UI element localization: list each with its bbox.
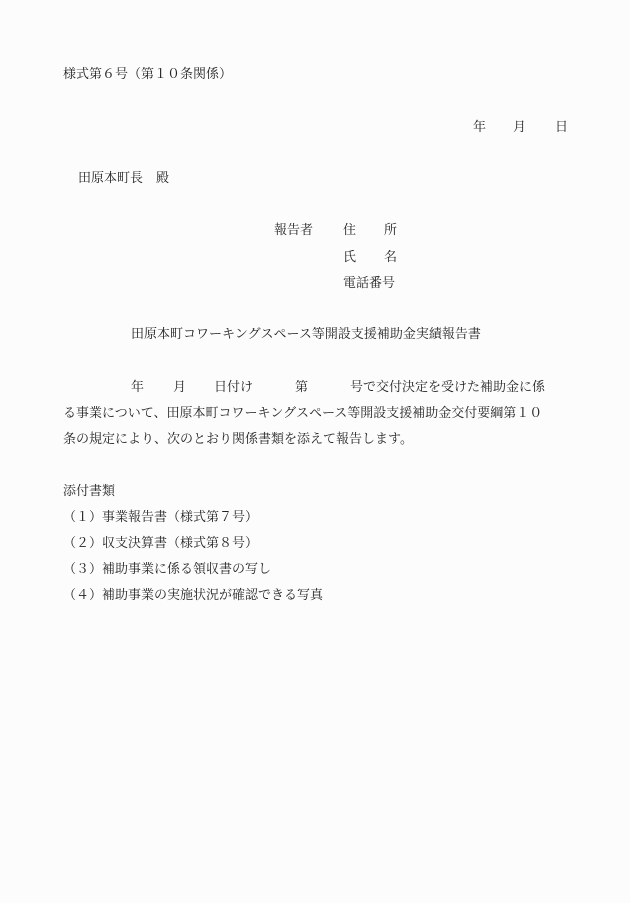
attachment-item: （１）事業報告書（様式第７号） (63, 510, 258, 526)
document-title: 田原本町コワーキングスペース等開設支援補助金実績報告書 (131, 327, 481, 343)
name-label-2: 名 (384, 250, 397, 266)
body-line2: る事業について、田原本町コワーキングスペース等開設支援補助金交付要綱第１０ (63, 406, 542, 422)
attachments-heading: 添付書類 (63, 484, 115, 500)
name-label-1: 氏 (343, 250, 356, 266)
body-line3: 条の規定により、次のとおり関係書類を添えて報告します。 (63, 432, 413, 448)
address-label-1: 住 (343, 223, 356, 239)
body-year: 年 (131, 380, 144, 396)
reporter-label: 報告者 (274, 223, 313, 239)
body-line1-rest: 号で交付決定を受けた補助金に係 (350, 380, 545, 396)
body-day-suffix: 日付け (214, 380, 253, 396)
attachment-item: （４）補助事業の実施状況が確認できる写真 (63, 588, 323, 604)
attachment-item: （３）補助事業に係る領収書の写し (63, 562, 271, 578)
addressee: 田原本町長 殿 (78, 171, 169, 187)
body-month: 月 (173, 380, 186, 396)
date-day: 日 (555, 120, 568, 136)
date-year: 年 (473, 120, 486, 136)
attachment-item: （２）収支決算書（様式第８号） (63, 536, 258, 552)
date-month: 月 (513, 120, 526, 136)
form-number: 様式第６号（第１０条関係） (63, 67, 232, 83)
address-label-2: 所 (384, 223, 397, 239)
phone-label: 電話番号 (343, 276, 395, 292)
body-number-prefix: 第 (295, 380, 308, 396)
